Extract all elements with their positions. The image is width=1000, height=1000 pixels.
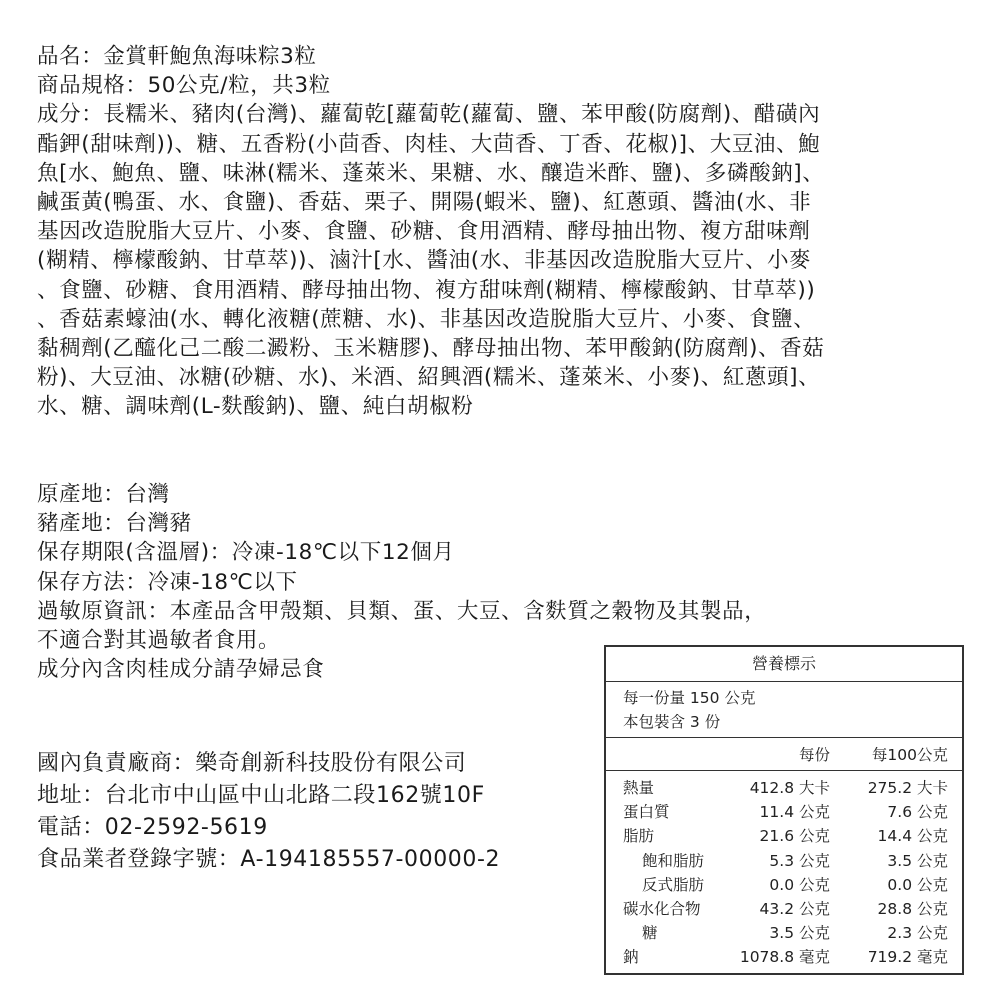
registration-number-line: 食品業者登錄字號：A-194185557-00000-2	[37, 844, 500, 876]
per-100g-value: 14.4 公克	[878, 824, 948, 848]
col-per-serving: 每份	[799, 743, 830, 765]
row-label: 碳水化合物	[623, 897, 701, 921]
ingredients-line: 酯鉀(甜味劑))、糖、五香粉(小茴香、肉桂、大茴香、丁香、花椒)]、大豆油、鮑	[37, 130, 824, 159]
row-label: 脂肪	[623, 824, 654, 848]
per-100g-value: 275.2 大卡	[868, 776, 948, 800]
col-per-100g: 每100公克	[872, 743, 948, 765]
row-label: 飽和脂肪	[642, 849, 704, 873]
ingredients-line: 、香菇素蠔油(水、轉化液糖(蔗糖、水)、非基因改造脫脂大豆片、小麥、食鹽、	[37, 305, 824, 334]
nutrition-row-protein: 蛋白質 11.4 公克 7.6 公克	[606, 800, 962, 824]
shelf-life-line: 保存期限(含溫層)：冷凍-18℃以下12個月	[37, 538, 766, 567]
ingredients-line: (糊精、檸檬酸鈉、甘草萃))、滷汁[水、醬油(水、非基因改造脫脂大豆片、小麥	[37, 246, 824, 275]
ingredients-line: 黏稠劑(乙醯化己二酸二澱粉、玉米糖膠)、酵母抽出物、苯甲酸鈉(防腐劑)、香菇	[37, 334, 824, 363]
ingredients-line: 魚[水、鮑魚、鹽、味淋(糯米、蓬萊米、果糖、水、釀造米酢、鹽)、多磷酸鈉]、	[37, 159, 824, 188]
servings-per-package: 本包裝含 3 份	[623, 710, 962, 734]
nutrition-column-header: 每份 每100公克	[606, 738, 962, 771]
ingredients-line: 成分：長糯米、豬肉(台灣)、蘿蔔乾[蘿蔔乾(蘿蔔、鹽、苯甲酸(防腐劑)、醋磺內	[37, 100, 824, 129]
per-serving-value: 412.8 大卡	[750, 776, 830, 800]
per-100g-value: 0.0 公克	[887, 873, 948, 897]
nutrition-row-sugar: 糖 3.5 公克 2.3 公克	[606, 921, 962, 945]
per-serving-value: 1078.8 毫克	[740, 945, 830, 969]
per-100g-value: 3.5 公克	[887, 849, 948, 873]
per-serving-value: 3.5 公克	[769, 921, 830, 945]
nutrition-row-fat: 脂肪 21.6 公克 14.4 公克	[606, 824, 962, 848]
per-100g-value: 28.8 公克	[878, 897, 948, 921]
row-label: 熱量	[623, 776, 654, 800]
storage-method-line: 保存方法：冷凍-18℃以下	[37, 568, 766, 597]
per-100g-value: 2.3 公克	[887, 921, 948, 945]
row-label: 鈉	[623, 945, 639, 969]
product-info-block: 品名：金賞軒鮑魚海味粽3粒 商品規格：50公克/粒，共3粒 成分：長糯米、豬肉(…	[37, 42, 824, 422]
row-label: 反式脂肪	[642, 873, 704, 897]
nutrition-row-trans-fat: 反式脂肪 0.0 公克 0.0 公克	[606, 873, 962, 897]
serving-size: 每一份量 150 公克	[623, 686, 962, 710]
phone-line: 電話：02-2592-5619	[37, 812, 500, 844]
row-label: 糖	[642, 921, 658, 945]
origin-line: 原產地：台灣	[37, 480, 766, 509]
nutrition-facts-table: 營養標示 每一份量 150 公克 本包裝含 3 份 每份 每100公克 熱量 4…	[604, 645, 964, 975]
nutrition-rows: 熱量 412.8 大卡 275.2 大卡 蛋白質 11.4 公克 7.6 公克 …	[606, 771, 962, 970]
ingredients-line: 基因改造脫脂大豆片、小麥、食鹽、砂糖、食用酒精、酵母抽出物、複方甜味劑	[37, 217, 824, 246]
ingredients-line: 粉)、大豆油、冰糖(砂糖、水)、米酒、紹興酒(糯米、蓬萊米、小麥)、紅蔥頭]、	[37, 363, 824, 392]
nutrition-row-calories: 熱量 412.8 大卡 275.2 大卡	[606, 776, 962, 800]
nutrition-row-carbohydrate: 碳水化合物 43.2 公克 28.8 公克	[606, 897, 962, 921]
allergen-line: 過敏原資訊：本產品含甲殼類、貝類、蛋、大豆、含麩質之穀物及其製品，	[37, 597, 766, 626]
serving-info: 每一份量 150 公克 本包裝含 3 份	[606, 682, 962, 738]
product-spec-line: 商品規格：50公克/粒，共3粒	[37, 71, 824, 100]
row-label: 蛋白質	[623, 800, 670, 824]
per-serving-value: 43.2 公克	[760, 897, 830, 921]
address-line: 地址：台北市中山區中山北路二段162號10F	[37, 780, 500, 812]
ingredients-line: 鹹蛋黃(鴨蛋、水、食鹽)、香菇、栗子、開陽(蝦米、鹽)、紅蔥頭、醬油(水、非	[37, 188, 824, 217]
per-serving-value: 5.3 公克	[769, 849, 830, 873]
nutrition-row-saturated-fat: 飽和脂肪 5.3 公克 3.5 公克	[606, 849, 962, 873]
product-name-line: 品名：金賞軒鮑魚海味粽3粒	[37, 42, 824, 71]
per-serving-value: 11.4 公克	[760, 800, 830, 824]
nutrition-row-sodium: 鈉 1078.8 毫克 719.2 毫克	[606, 945, 962, 969]
pork-origin-line: 豬產地：台灣豬	[37, 509, 766, 538]
nutrition-title: 營養標示	[606, 647, 962, 682]
per-100g-value: 719.2 毫克	[868, 945, 948, 969]
per-100g-value: 7.6 公克	[887, 800, 948, 824]
per-serving-value: 21.6 公克	[760, 824, 830, 848]
ingredients-line: 水、糖、調味劑(L-麩酸鈉)、鹽、純白胡椒粉	[37, 392, 824, 421]
company-name-line: 國內負責廠商：樂奇創新科技股份有限公司	[37, 748, 500, 780]
per-serving-value: 0.0 公克	[769, 873, 830, 897]
company-info-block: 國內負責廠商：樂奇創新科技股份有限公司 地址：台北市中山區中山北路二段162號1…	[37, 748, 500, 876]
ingredients-line: 、食鹽、砂糖、食用酒精、酵母抽出物、複方甜味劑(糊精、檸檬酸鈉、甘草萃))	[37, 276, 824, 305]
